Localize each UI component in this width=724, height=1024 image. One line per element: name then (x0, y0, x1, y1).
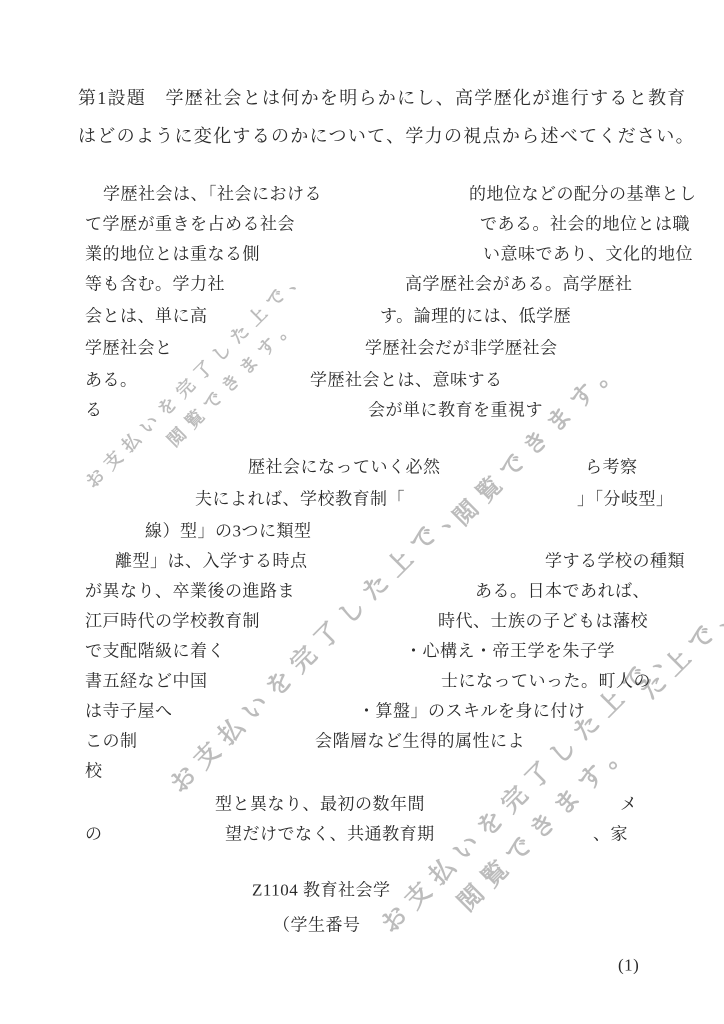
text-segment: ・算盤」のスキルを身に付け (358, 703, 585, 720)
text-segment: す。論理的には、低学歴 (380, 308, 571, 325)
text-segment: 士になっていった。町人の (441, 673, 651, 690)
text-segment: 時代、士族の子どもは藩校 (438, 613, 648, 630)
text-segment: 会とは、単に高 (85, 308, 208, 325)
text-segment: 線）型」の3つに類型 (145, 523, 312, 540)
text-segment: 、家 (593, 826, 628, 843)
text-segment: 離型」は、入学する時点 (115, 553, 308, 570)
heading-line-1: 第1設題 学歴社会とは何かを明らかにし、高学歴化が進行すると教育 (78, 89, 687, 107)
text-segment: 学歴社会は、「社会における (103, 186, 322, 203)
text-segment: 書五経など中国 (85, 673, 208, 690)
text-segment: である。社会的地位とは職 (480, 216, 690, 233)
text-segment: は寺子屋へ (85, 703, 173, 720)
heading-line-2: はどのように変化するのかについて、学力の視点から述べてください。 (78, 127, 695, 145)
student-number-footer: （学生番号 (273, 917, 361, 934)
text-segment: 会が単に教育を重視す (368, 402, 543, 419)
text-segment: る (85, 402, 103, 419)
text-segment: 的地位などの配分の基準とし (469, 186, 697, 203)
text-segment: ある。 (85, 372, 138, 389)
text-segment: 歴社会になっていく必然 (248, 459, 441, 476)
text-segment: ・心構え・帝王学を朱子学 (405, 643, 615, 660)
page-number: (1) (618, 957, 639, 974)
document-page: お支払いを完了した上で、閲覧できます。お支払いを完了した上で、閲覧できます。お支… (0, 0, 724, 1024)
text-layer: 第1設題 学歴社会とは何かを明らかにし、高学歴化が進行すると教育はどのように変化… (0, 0, 724, 1024)
text-segment: 望だけでなく、共通教育期 (225, 826, 435, 843)
text-segment: 」「分岐型」 (577, 491, 674, 508)
text-segment: 業的地位とは重なる側 (85, 246, 260, 263)
text-segment: 学歴社会だが非学歴社会 (365, 340, 558, 357)
text-segment: 学歴社会とは、意味する (310, 372, 503, 389)
text-segment: の (85, 826, 103, 843)
text-segment: 学する学校の種類 (545, 553, 685, 570)
text-segment: 会階層など生得的属性によ (315, 733, 525, 750)
text-segment: て学歴が重きを占める社会 (85, 216, 295, 233)
text-segment: メ (620, 796, 638, 813)
text-segment: 高学歴社会がある。高学歴社 (405, 276, 633, 293)
text-segment: この制 (85, 733, 138, 750)
text-segment: が異なり、卒業後の進路ま (85, 583, 295, 600)
text-segment: で支配階級に着く (85, 643, 225, 660)
text-segment: 夫によれば、学校教育制「 (195, 491, 405, 508)
text-segment: ら考察 (585, 459, 638, 476)
text-segment: 江戸時代の学校教育制 (85, 613, 260, 630)
text-segment: 等も含む。学力社 (85, 276, 225, 293)
course-code-footer: Z1104 教育社会学 (252, 882, 391, 899)
text-segment: 校 (85, 763, 103, 780)
text-segment: 学歴社会と (85, 340, 173, 357)
text-segment: い意味であり、文化的地位 (483, 246, 693, 263)
text-segment: ある。日本であれば、 (475, 583, 650, 600)
text-segment: 型と異なり、最初の数年間 (215, 796, 425, 813)
